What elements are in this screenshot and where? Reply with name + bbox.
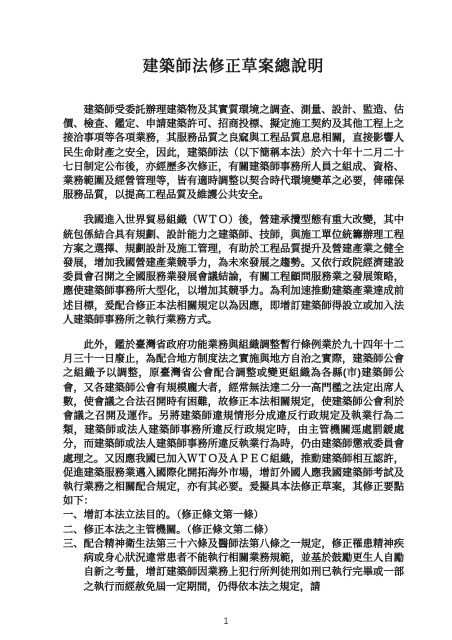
paragraph-intro: 建築師受委託辦理建築物及其實質環境之調查、測量、設計、監造、估價、檢查、鑑定、申… bbox=[63, 104, 404, 203]
paragraph-wto: 我國進入世界貿易組織（ＷＴＯ）後，營建承攬型態有重大改變，其中統包係結合具有規劃… bbox=[63, 214, 404, 328]
list-item-3-marker: 三、 bbox=[63, 538, 84, 552]
paragraph-organization: 此外，鑑於臺灣省政府功能業務與組織調整暫行條例業於九十四年十二月三十一日廢止，為… bbox=[63, 339, 404, 509]
list-item-1-marker: 一、 bbox=[63, 509, 84, 523]
page-number: 1 bbox=[0, 616, 452, 626]
document-title: 建築師法修正草案總說明 bbox=[63, 57, 404, 76]
document-page: 建築師法修正草案總說明 建築師受委託辦理建築物及其實質環境之調查、測量、設計、監… bbox=[0, 0, 452, 640]
list-item-1: 一、 增訂本法立法目的。（修正條文第一條） bbox=[63, 509, 404, 523]
list-item-2-text: 修正本法之主管機關。（修正條文第二條） bbox=[84, 525, 275, 536]
list-item-2: 二、 修正本法之主管機關。（修正條文第二條） bbox=[63, 524, 404, 538]
list-item-1-text: 增訂本法立法目的。（修正條文第一條） bbox=[84, 510, 264, 521]
list-item-3-text: 配合精神衛生法第三十六條及醫師法第八條之一規定，修正罹患精神疾病或身心狀況違常患… bbox=[84, 539, 404, 593]
list-item-3: 三、 配合精神衛生法第三十六條及醫師法第八條之一規定，修正罹患精神疾病或身心狀況… bbox=[63, 538, 404, 595]
revision-points-list: 一、 增訂本法立法目的。（修正條文第一條） 二、 修正本法之主管機關。（修正條文… bbox=[63, 509, 404, 594]
list-item-2-marker: 二、 bbox=[63, 524, 84, 538]
document-body: 建築師法修正草案總說明 建築師受委託辦理建築物及其實質環境之調查、測量、設計、監… bbox=[63, 57, 404, 595]
